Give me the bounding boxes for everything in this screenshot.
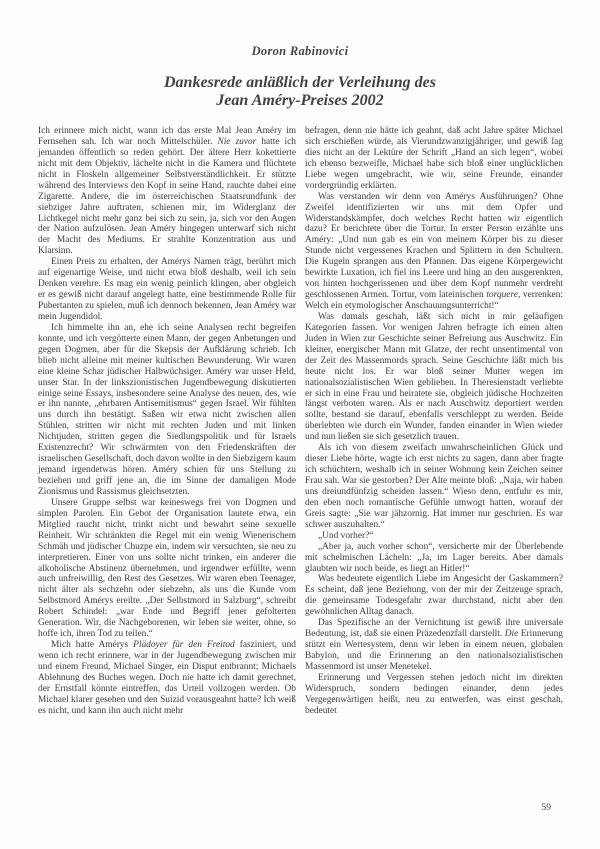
column-right: befragen, denn nie hätte ich geahnt, daß… (305, 126, 563, 717)
text-run: Unsere Gruppe selbst war keineswegs frei… (38, 498, 296, 639)
paragraph: Als ich von diesem zweifach unwahrschein… (305, 443, 563, 531)
text-run: Was bedeutete eigentlich Liebe im Angesi… (305, 574, 563, 617)
title-line-1: Dankesrede anläßlich der Verleihung des (0, 74, 600, 92)
italic-text-run: Nie zuvor (217, 137, 256, 147)
paragraph: Was verstanden wir denn von Amérys Ausfü… (305, 192, 563, 312)
italic-text-run: Plädoyer für den Freitod (133, 640, 235, 650)
author-name: Doron Rabinovici (0, 44, 600, 59)
paragraph: Unsere Gruppe selbst war keineswegs frei… (38, 498, 296, 640)
paragraph: Ich erinnere mich nicht, wann ich das er… (38, 126, 296, 257)
text-run: fasziniert, und wenn ich recht erinnere,… (38, 640, 296, 716)
text-run: Einen Preis zu erhalten, der Amérys Name… (38, 257, 296, 322)
title-line-2: Jean Améry-Preises 2002 (0, 92, 600, 110)
paragraph: Was bedeutete eigentlich Liebe im Angesi… (305, 574, 563, 618)
text-run: hatte ich jemanden öffentlich so reden g… (38, 137, 296, 256)
document-page: Doron Rabinovici Dankesrede anläßlich de… (0, 0, 600, 849)
paragraph: „Und vorher?“ (305, 531, 563, 542)
paragraph: Erinnerung und Vergessen stehen jedoch n… (305, 673, 563, 717)
text-run: „Aber ja, auch vorher schon“, versichert… (305, 542, 563, 574)
paragraph: Das Spezifische an der Vernichtung ist g… (305, 618, 563, 673)
text-run: Mich hatte Amérys (51, 640, 133, 650)
page-number: 59 (541, 802, 551, 813)
paragraph: Was damals geschah, läßt sich nicht in m… (305, 312, 563, 443)
paragraph: befragen, denn nie hätte ich geahnt, daß… (305, 126, 563, 192)
italic-text-run: torquere (486, 290, 518, 300)
text-run: „Und vorher?“ (318, 531, 373, 541)
text-run: Ich himmelte ihn an, ehe ich seine Analy… (38, 323, 296, 497)
paragraph: Einen Preis zu erhalten, der Amérys Name… (38, 257, 296, 323)
text-run: Was damals geschah, läßt sich nicht in m… (305, 312, 563, 442)
text-run: Erinnerung und Vergessen stehen jedoch n… (305, 673, 563, 716)
column-left: Ich erinnere mich nicht, wann ich das er… (38, 126, 296, 717)
italic-text-run: Die (505, 629, 519, 639)
paragraph: „Aber ja, auch vorher schon“, versichert… (305, 542, 563, 575)
paragraph: Mich hatte Amérys Plädoyer für den Freit… (38, 640, 296, 717)
text-columns: Ich erinnere mich nicht, wann ich das er… (38, 126, 563, 717)
text-run: Als ich von diesem zweifach unwahrschein… (305, 443, 563, 530)
text-run: befragen, denn nie hätte ich geahnt, daß… (305, 126, 563, 191)
page-title: Dankesrede anläßlich der Verleihung des … (0, 74, 600, 109)
text-run: Was verstanden wir denn von Amérys Ausfü… (305, 192, 563, 300)
paragraph: Ich himmelte ihn an, ehe ich seine Analy… (38, 323, 296, 498)
